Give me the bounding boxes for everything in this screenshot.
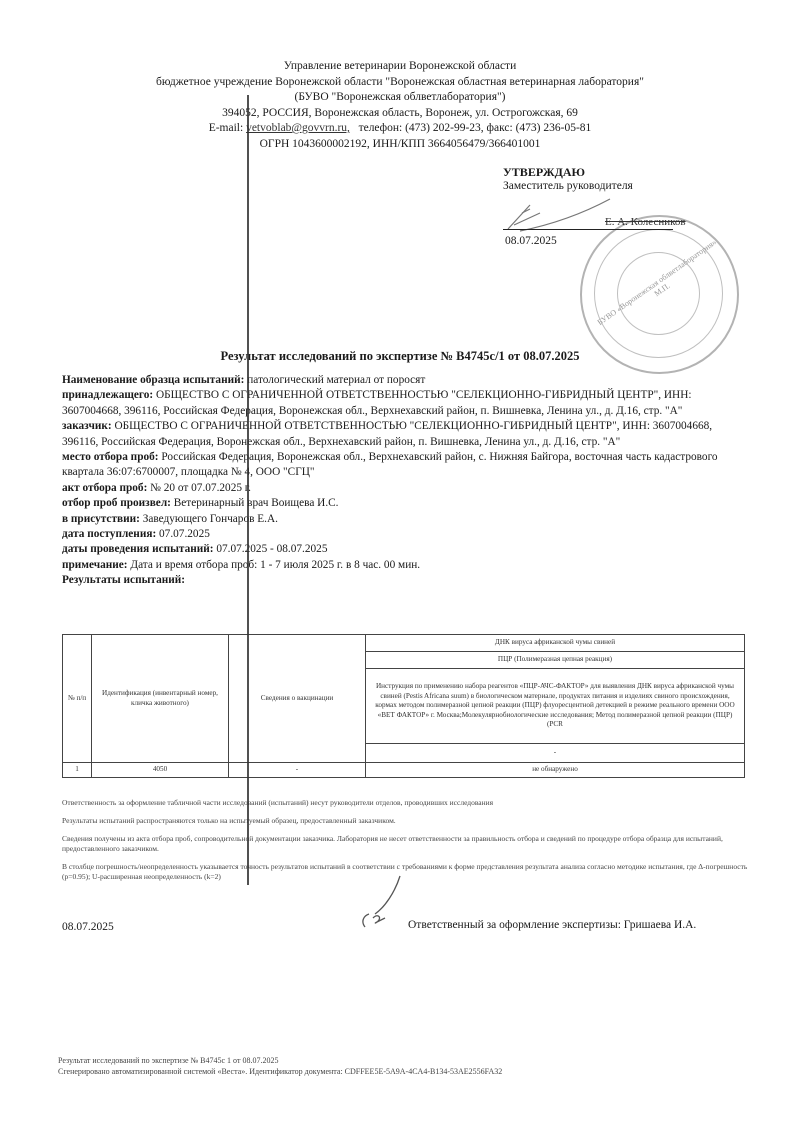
phone-fax: телефон: (473) 202-99-23, факс: (473) 23…: [359, 122, 592, 134]
document-footer: Результат исследований по экспертизе № В…: [58, 1055, 502, 1077]
email-label: E-mail:: [209, 122, 244, 134]
sample-details: Наименование образца испытаний: патологи…: [62, 373, 742, 589]
footer-date: 08.07.2025: [62, 921, 114, 933]
norm-cell: -: [366, 744, 745, 763]
note-sources: Сведения получены из акта отбора проб, с…: [62, 834, 752, 854]
document-title: Результат исследований по экспертизе № В…: [0, 349, 800, 364]
results-table: № п/п Идентификация (инвентарный номер, …: [62, 634, 745, 778]
responsible-person: Ответственный за оформление экспертизы: …: [408, 919, 696, 931]
field-sampled-by: отбор проб произвел: Ветеринарный врач В…: [62, 496, 742, 511]
col-header-vaccination: Сведения о вакцинации: [229, 635, 366, 763]
approver-name: Е. А. Колесников: [605, 216, 686, 228]
header-line-address: 394052, РОССИЯ, Воронежская область, Вор…: [0, 106, 800, 122]
field-test-dates: даты проведения испытаний: 07.07.2025 - …: [62, 542, 742, 557]
disclaimer-notes: Ответственность за оформление табличной …: [62, 798, 752, 882]
indicator-header: ДНК вируса африканской чумы свиней: [366, 635, 745, 652]
approval-signature-line: [503, 229, 673, 230]
header-line-ministry: Управление ветеринарии Воронежской облас…: [0, 59, 800, 75]
scan-artifact-line: [247, 95, 249, 885]
field-receipt-date: дата поступления: 07.07.2025: [62, 527, 742, 542]
field-sample-name: Наименование образца испытаний: патологи…: [62, 373, 742, 388]
field-sampling-act: акт отбора проб: № 20 от 07.07.2025 г.: [62, 481, 742, 496]
org-header: Управление ветеринарии Воронежской облас…: [0, 59, 800, 152]
results-heading: Результаты испытаний:: [62, 573, 742, 588]
approval-date: 08.07.2025: [505, 235, 557, 247]
col-header-num: № п/п: [63, 635, 92, 763]
approval-title: УТВЕРЖДАЮ: [503, 165, 633, 179]
method-document-header: Инструкция по применению набора реагенто…: [366, 669, 745, 744]
responsible-signature-icon: [355, 872, 415, 932]
header-line-ogrn: ОГРН 1043600002192, ИНН/КПП 3664056479/3…: [0, 137, 800, 153]
note-scope: Результаты испытаний распространяются то…: [62, 816, 752, 826]
header-line-short: (БУВО "Воронежская облветлаборатория"): [0, 90, 800, 106]
field-customer: заказчик: ОБЩЕСТВО С ОГРАНИЧЕННОЙ ОТВЕТС…: [62, 419, 742, 450]
row-num: 1: [63, 763, 92, 778]
approval-block: УТВЕРЖДАЮ Заместитель руководителя: [503, 165, 633, 193]
method-short-header: ПЦР (Полимеразная цепная реакция): [366, 652, 745, 669]
footer-doc-ref: Результат исследований по экспертизе № В…: [58, 1055, 502, 1066]
email-link[interactable]: vetvoblab@govvrn.ru,: [246, 122, 350, 134]
field-owner: принадлежащего: ОБЩЕСТВО С ОГРАНИЧЕННОЙ …: [62, 388, 742, 419]
approval-position: Заместитель руководителя: [503, 179, 633, 193]
row-identification: 4050: [92, 763, 229, 778]
row-vaccination: -: [229, 763, 366, 778]
table-row: 1 4050 - не обнаружено: [63, 763, 745, 778]
field-sampling-place: место отбора проб: Российская Федерация,…: [62, 450, 742, 481]
field-in-presence: в присутствии: Заведующего Гончаров Е.А.: [62, 512, 742, 527]
field-note: примечание: Дата и время отбора проб: 1 …: [62, 558, 742, 573]
footer-doc-id: Сгенерировано автоматизированной системо…: [58, 1066, 502, 1077]
row-result: не обнаружено: [366, 763, 745, 778]
note-responsibility: Ответственность за оформление табличной …: [62, 798, 752, 808]
header-line-contacts: E-mail: vetvoblab@govvrn.ru, телефон: (4…: [0, 121, 800, 137]
header-line-org: бюджетное учреждение Воронежской области…: [0, 75, 800, 91]
col-header-identification: Идентификация (инвентарный номер, кличка…: [92, 635, 229, 763]
